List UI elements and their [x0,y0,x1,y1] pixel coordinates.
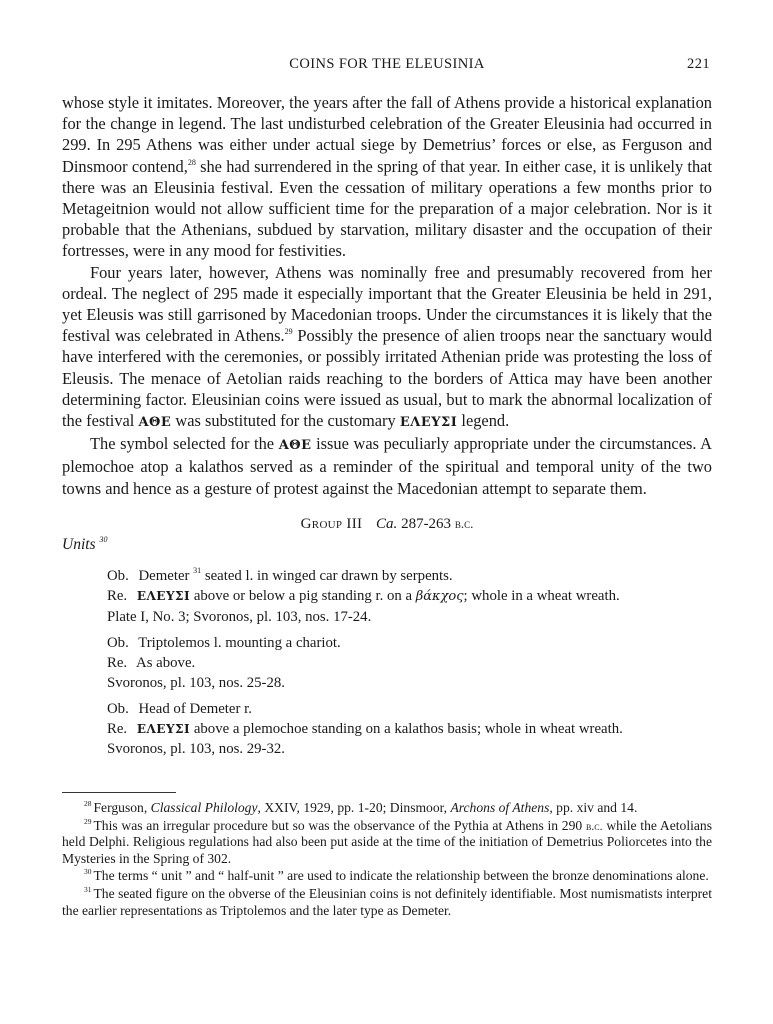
greek-legend-eleusi: ΕΛΕΥΣΙ [137,589,190,603]
date-range: 287-263 [401,516,451,532]
paragraph-text: The symbol selected for the [90,434,279,453]
obverse-text: seated l. in winged car drawn by serpent… [201,568,452,584]
date-prefix: Ca. [376,516,397,532]
footnote-ref-28[interactable]: 28 [188,158,196,167]
footnote-29: 29This was an irregular procedure but so… [62,818,712,868]
group-heading: Group III Ca. 287-263 b.c. [62,516,712,534]
obverse-prefix: Ob. [107,635,129,651]
footnote-text: This was an irregular procedure but so w… [94,818,586,833]
footnote-ref-29[interactable]: 29 [285,327,293,336]
obverse-prefix: Ob. [107,568,129,584]
footnote-number: 29 [84,817,92,826]
coin-entry-2: Ob. Triptolemos l. mounting a chariot. R… [107,633,712,693]
footnote-28: 28Ferguson, Classical Philology, XXIV, 1… [62,800,712,817]
reference-line: Svoronos, pl. 103, nos. 25-28. [107,673,712,693]
obverse-text: Head of Demeter r. [139,701,252,717]
footnote-ref-30[interactable]: 30 [99,535,107,544]
reverse-text: above or below a pig standing r. on a [190,588,416,604]
footnote-31: 31The seated figure on the obverse of th… [62,886,712,919]
citation-title: Archons of Athens [450,800,549,815]
footnote-divider [62,792,176,793]
obverse-line: Ob. Triptolemos l. mounting a chariot. [107,633,712,653]
paragraph-2: Four years later, however, Athens was no… [62,262,712,434]
footnotes: 28Ferguson, Classical Philology, XXIV, 1… [62,800,712,920]
footnote-number: 31 [84,885,92,894]
era-label: b.c. [586,819,603,833]
paragraph-1: whose style it imitates. Moreover, the y… [62,92,712,262]
footnote-30: 30The terms “ unit ” and “ half-unit ” a… [62,868,712,885]
reverse-prefix: Re. [107,655,127,671]
reference-line: Plate I, No. 3; Svoronos, pl. 103, nos. … [107,607,712,627]
reverse-line: Re. ΕΛΕΥΣΙ above or below a pig standing… [107,586,712,607]
citation-title: Classical Philology [151,800,258,815]
greek-legend-athe: ΑΘΕ [279,438,312,453]
greek-legend-athe: ΑΘΕ [138,415,171,430]
obverse-prefix: Ob. [107,701,129,717]
coin-list: Ob. Demeter 31 seated l. in winged car d… [107,566,712,759]
footnote-text: , pp. xiv and 14. [549,800,637,815]
footnote-number: 30 [84,867,92,876]
footnote-text: , XXIV, 1929, pp. 1-20; Dinsmoor, [258,800,451,815]
reverse-prefix: Re. [107,721,127,737]
reverse-text: above a plemochoe standing on a kalathos… [190,721,623,737]
units-text: Units [62,536,96,553]
paragraph-text: legend. [457,411,509,430]
reverse-line: Re. ΕΛΕΥΣΙ above a plemochoe standing on… [107,719,712,739]
greek-word-bakchos: βάκχος [416,589,464,604]
reverse-prefix: Re. [107,588,127,604]
paragraph-3: The symbol selected for the ΑΘΕ issue wa… [62,433,712,499]
running-head: COINS FOR THE ELEUSINIA 221 [62,56,712,80]
footnote-ref-31[interactable]: 31 [193,566,201,575]
group-date: Ca. 287-263 b.c. [376,516,473,532]
greek-legend-eleusi: ΕΛΕΥΣΙ [137,722,190,736]
page: COINS FOR THE ELEUSINIA 221 whose style … [62,56,712,765]
footnote-text: Ferguson, [94,800,151,815]
body-text: whose style it imitates. Moreover, the y… [62,92,712,499]
running-title: COINS FOR THE ELEUSINIA [62,56,712,73]
units-label: Units 30 [62,534,712,556]
obverse-line: Ob. Head of Demeter r. [107,699,712,719]
coin-entry-3: Ob. Head of Demeter r. Re. ΕΛΕΥΣΙ above … [107,699,712,759]
reverse-text: As above. [136,655,195,671]
footnote-text: The terms “ unit ” and “ half-unit ” are… [94,868,709,883]
obverse-text: Triptolemos l. mounting a chariot. [138,635,341,651]
obverse-line: Ob. Demeter 31 seated l. in winged car d… [107,566,712,586]
coin-entry-1: Ob. Demeter 31 seated l. in winged car d… [107,566,712,627]
paragraph-text: was substituted for the customary [171,411,400,430]
reference-line: Svoronos, pl. 103, nos. 29-32. [107,739,712,759]
obverse-text: Demeter [139,568,190,584]
greek-legend-eleusi: ΕΛΕΥΣΙ [400,415,457,430]
footnote-text: The seated figure on the obverse of the … [62,886,712,918]
footnote-number: 28 [84,799,92,808]
reverse-text: ; whole in a wheat wreath. [464,588,620,604]
group-label: Group III [301,516,363,532]
page-number: 221 [687,56,710,73]
reverse-line: Re. As above. [107,653,712,673]
era-label: b.c. [455,516,474,531]
